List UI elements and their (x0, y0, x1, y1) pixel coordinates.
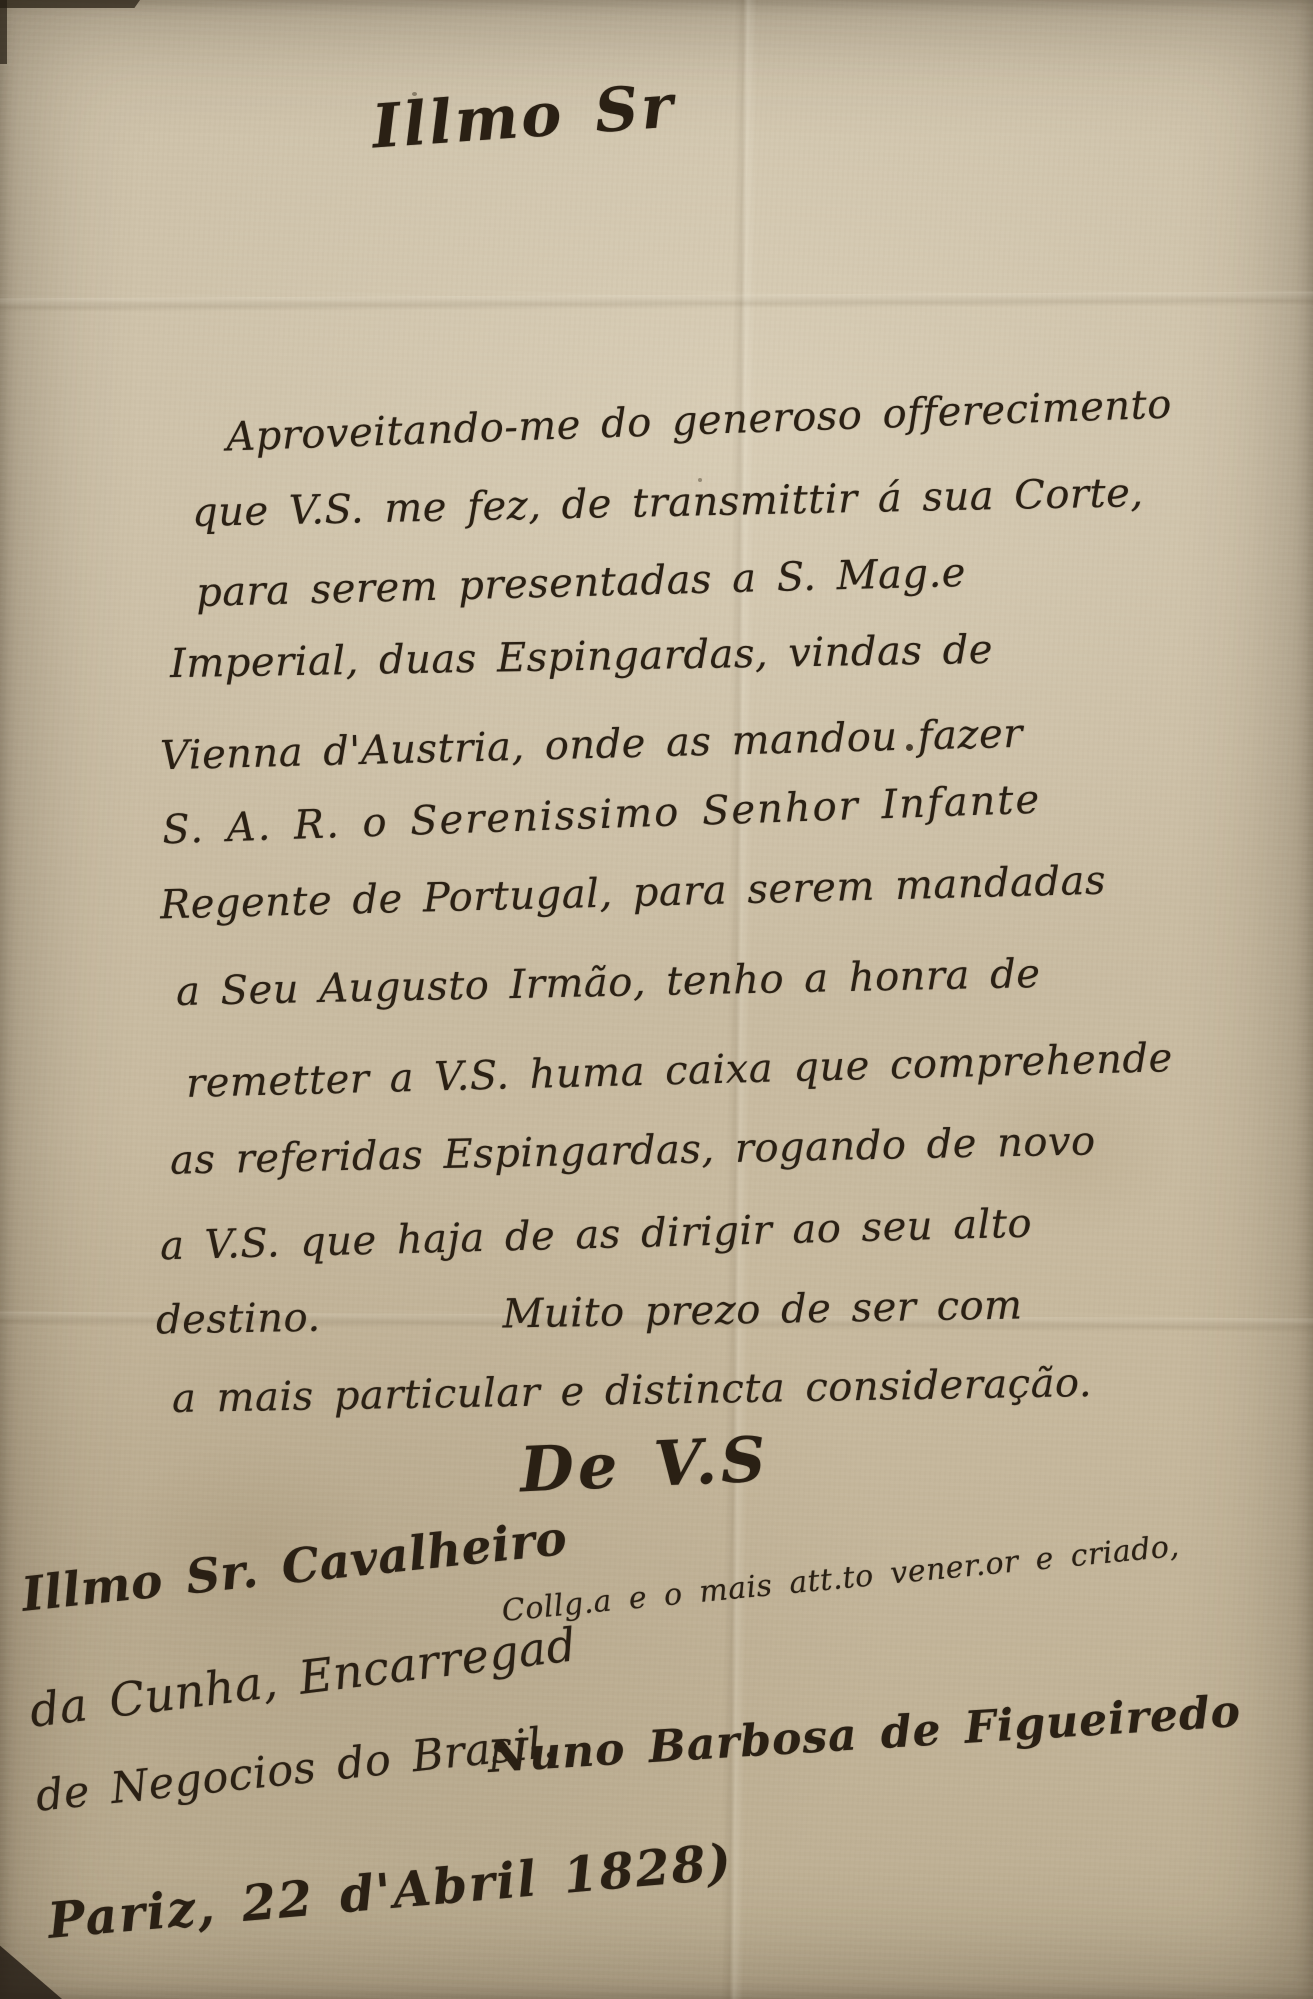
letter-body-line: S. A. R. o Serenissimo Senhor Infante (161, 777, 1041, 854)
letter-addressee-line: de Negocios do Brasil. (33, 1717, 558, 1821)
letter-body-line: as referidas Espingardas, rogando de nov… (170, 1118, 1096, 1183)
letter-closing-formula: Collg.a e o mais att.to vener.or e criad… (500, 1529, 1181, 1629)
letter-dateline: Pariz, 22 d'Abril 1828) (45, 1832, 735, 1950)
horizontal-fold-crease-top (0, 292, 1313, 313)
letter-body-line: para serem presentadas a S. Mag.e (196, 550, 967, 616)
letter-body-line: a mais particular e distincta consideraç… (172, 1360, 1093, 1422)
letter-addressee-line: da Cunha, Encarregad (27, 1617, 580, 1738)
letter-body-line: destino. Muito prezo de ser com (156, 1282, 1023, 1343)
letter-body-line: a Seu Augusto Irmão, tenho a honra de (176, 951, 1041, 1015)
letter-body-line: que V.S. me fez, de transmittir á sua Co… (192, 470, 1144, 536)
letter-valediction: De V.S (519, 1423, 771, 1507)
letter-body-line: Aproveitando-me do generoso offereciment… (225, 382, 1172, 461)
letter-body-line: Vienna d'Austria, onde as mandou fazer (160, 711, 1024, 780)
photo-edge-left (0, 0, 7, 64)
letter-body-line: Regente de Portugal, para serem mandadas (160, 858, 1107, 929)
letter-signature: Nuno Barbosa de Figueiredo (486, 1686, 1242, 1783)
letter-salutation: Illmo Sr (370, 71, 678, 162)
manuscript-letter-photo: Illmo Sr Aproveitando-me do generoso off… (0, 0, 1313, 1999)
letter-body-line: Imperial, duas Espingardas, vindas de (170, 627, 994, 687)
photo-edge-top-left (0, 0, 140, 8)
letter-body-line: a V.S. que haja de as dirigir ao seu alt… (160, 1201, 1033, 1270)
